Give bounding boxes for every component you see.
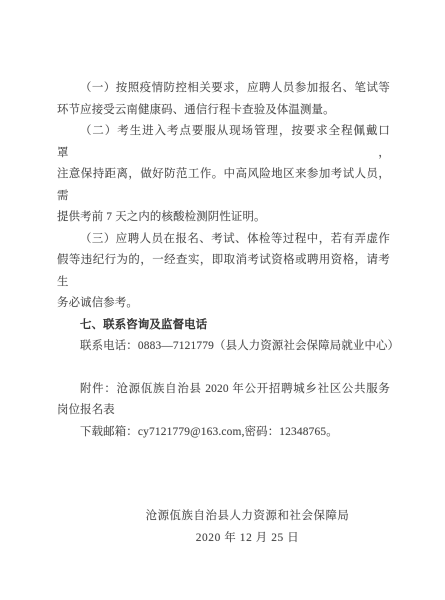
contact-phone-line: 联系电话：0883—7121779（县人力资源社会保障局就业中心）: [57, 336, 390, 358]
covid-item-2-line-1: （二）考生进入考点要服从现场管理，按要求全程佩戴口罩，: [57, 121, 390, 164]
issuing-authority: 沧源佤族自治县人力资源和社会保障局: [105, 506, 390, 528]
covid-item-1-line-2: 环节应接受云南健康码、通信行程卡查验及体温测量。: [57, 100, 390, 122]
notice-document-page: （一）按照疫情防控相关要求，应聘人员参加报名、笔试等 环节应接受云南健康码、通信…: [0, 0, 445, 600]
contact-section-heading: 七、联系咨询及监督电话: [57, 315, 390, 337]
attachment-line-1: 附件：沧源佤族自治县 2020 年公开招聘城乡社区公共服务: [57, 379, 390, 401]
covid-item-2-line-2: 注意保持距离，做好防范工作。中高风险地区来参加考试人员，需: [57, 164, 390, 207]
signature-block: 沧源佤族自治县人力资源和社会保障局 2020 年 12 月 25 日: [105, 506, 390, 549]
covid-item-1-line-1: （一）按照疫情防控相关要求，应聘人员参加报名、笔试等: [57, 78, 390, 100]
covid-item-3-line-3: 务必诚信参考。: [57, 293, 390, 315]
covid-item-2-line-3: 提供考前 7 天之内的核酸检测阴性证明。: [57, 207, 390, 229]
issue-date: 2020 年 12 月 25 日: [105, 528, 390, 550]
covid-item-3-line-1: （三）应聘人员在报名、考试、体检等过程中，若有弄虚作: [57, 229, 390, 251]
covid-item-3-line-2: 假等违纪行为的，一经查实，即取消考试资格或聘用资格，请考生: [57, 250, 390, 293]
download-mailbox-line: 下载邮箱：cy7121779@163.com,密码：12348765。: [57, 422, 390, 444]
attachment-line-2: 岗位报名表: [57, 400, 390, 422]
